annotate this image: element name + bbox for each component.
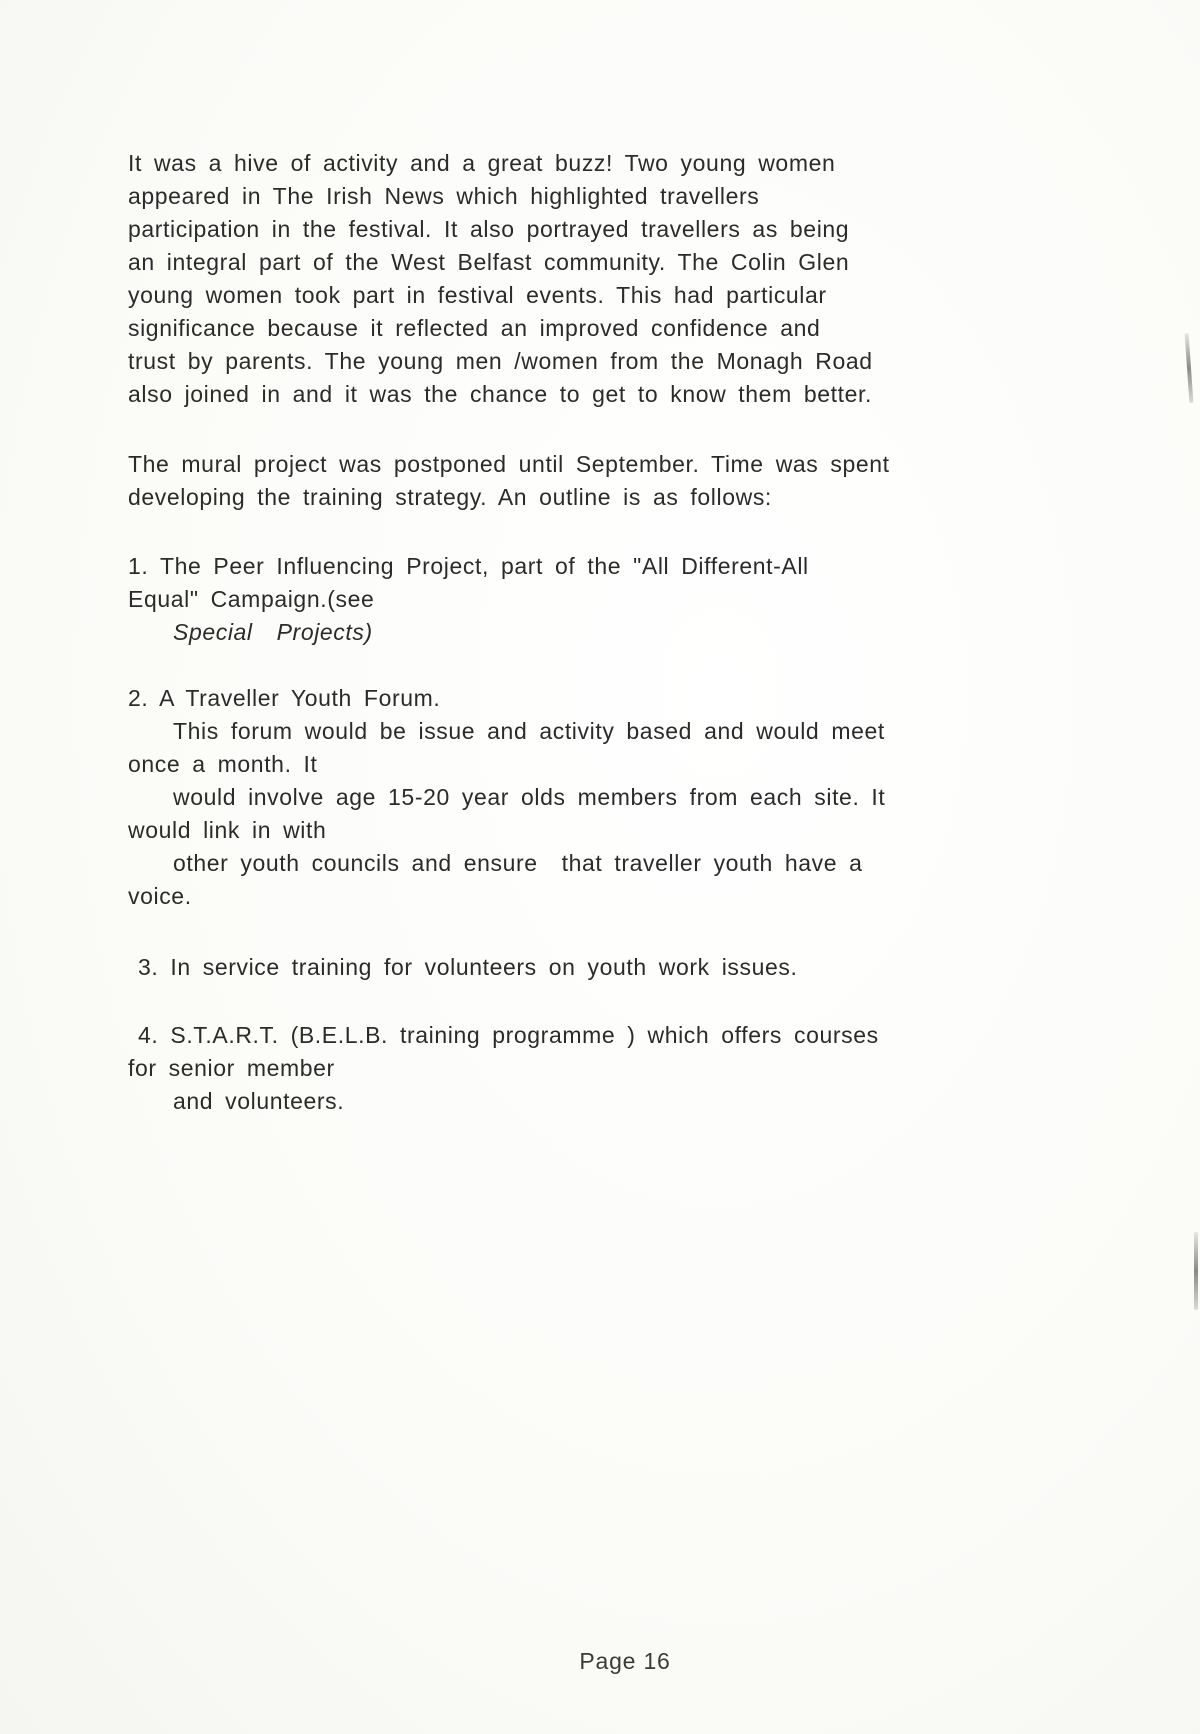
page-number: Page 16 — [0, 1648, 1200, 1675]
text-line: 3. In service training for volunteers on… — [128, 951, 1028, 984]
text-line: significance because it reflected an imp… — [128, 312, 1028, 345]
paragraph-mural-project: The mural project was postponed until Se… — [128, 448, 1028, 514]
text-line: It was a hive of activity and a great bu… — [128, 147, 1028, 180]
text-line: would involve age 15-20 year olds member… — [128, 781, 1028, 814]
binding-mark — [1185, 333, 1194, 403]
text-line: also joined in and it was the chance to … — [128, 378, 1028, 411]
text-line: 2. A Traveller Youth Forum. — [128, 682, 1028, 715]
text-line: appeared in The Irish News which highlig… — [128, 180, 1028, 213]
list-item-youth-forum: 2. A Traveller Youth Forum. This forum w… — [128, 682, 1028, 913]
text-line: young women took part in festival events… — [128, 279, 1028, 312]
text-line: developing the training strategy. An out… — [128, 481, 1028, 514]
text-line: The mural project was postponed until Se… — [128, 448, 1028, 481]
special-projects-reference: Special Projects) — [128, 616, 1028, 649]
list-item-peer-influencing: 1. The Peer Influencing Project, part of… — [128, 550, 1028, 649]
text-line: an integral part of the West Belfast com… — [128, 246, 1028, 279]
text-line: voice. — [128, 880, 1028, 913]
text-line: would link in with — [128, 814, 1028, 847]
text-line: 1. The Peer Influencing Project, part of… — [128, 550, 1028, 583]
paragraph-festival: It was a hive of activity and a great bu… — [128, 147, 1028, 411]
list-item-in-service-training: 3. In service training for volunteers on… — [128, 951, 1028, 984]
text-line: for senior member — [128, 1052, 1028, 1085]
text-line: and volunteers. — [128, 1085, 1028, 1118]
text-line: Equal" Campaign.(see — [128, 583, 1028, 616]
text-line: This forum would be issue and activity b… — [128, 715, 1028, 748]
document-page: It was a hive of activity and a great bu… — [0, 0, 1200, 1734]
text-line: 4. S.T.A.R.T. (B.E.L.B. training program… — [128, 1019, 1028, 1052]
list-item-start-programme: 4. S.T.A.R.T. (B.E.L.B. training program… — [128, 1019, 1028, 1118]
binding-mark — [1194, 1232, 1198, 1310]
text-line: once a month. It — [128, 748, 1028, 781]
text-line: trust by parents. The young men /women f… — [128, 345, 1028, 378]
text-line: participation in the festival. It also p… — [128, 213, 1028, 246]
text-line: other youth councils and ensure that tra… — [128, 847, 1028, 880]
